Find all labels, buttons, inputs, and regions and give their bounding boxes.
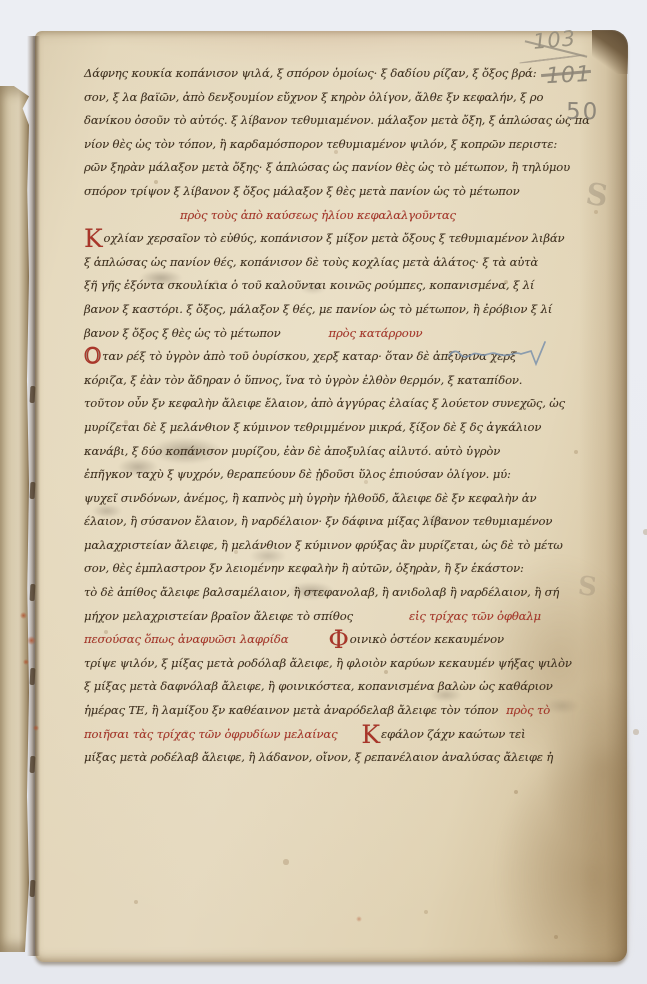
rubric-text: πρὸς κατάρρουν xyxy=(329,326,423,340)
body-text: ἐπῆγκον ταχὺ ξ ψυχρόν, θεραπεύουν δὲ ᾑδο… xyxy=(84,467,511,481)
text-line: νίον θὲς ὡς τὸν τόπον, ἢ καρδαμόσπορον τ… xyxy=(84,133,576,157)
body-text: βανον ξ ὄξος ξ θὲς ὡς τὸ μέτωπον xyxy=(84,326,281,340)
binding-stitch xyxy=(30,880,36,897)
body-text: μυρίζεται δὲ ξ μελάνθιον ξ κύμινον τεθρι… xyxy=(84,420,541,434)
rust-spot xyxy=(20,612,27,619)
text-line: μίξας μετὰ ροδέλαβ ἄλειφε, ἢ λάδανον, οἴ… xyxy=(84,746,576,770)
text-line: σπόρον τρίψον ξ λίβανον ξ ὄξος μάλαξον ξ… xyxy=(84,180,576,204)
rust-spot xyxy=(356,916,362,922)
show-through-mark: S xyxy=(576,571,598,603)
text-line: δανίκου ὀσοῦν τὸ αὐτός. ξ λίβανον τεθυμι… xyxy=(84,109,576,133)
rubric-text: πεσούσας ὅπως ἀναφυῶσι λαφρίδα xyxy=(84,632,288,646)
body-text: τρίψε ψιλόν, ξ μίξας μετὰ ροδόλαβ ἄλειφε… xyxy=(84,656,572,670)
binding-stitch xyxy=(30,668,36,685)
scan-background: Δάφνης κουκία κοπάνισον ψιλά, ξ σπόρον ὁ… xyxy=(0,0,647,984)
rubric-text: πρὸς τὸ xyxy=(506,703,550,717)
body-text: βανον ξ καστόρι. ξ ὄξος, μάλαξον ξ θές, … xyxy=(84,302,552,316)
body-text: ξ ἁπλώσας ὡς πανίον θές, κοπάνισον δὲ το… xyxy=(84,255,538,269)
text-line: ξῆ γῆς ἐξόντα σκουλίκια ὁ τοῦ καλοῦνται … xyxy=(84,274,576,298)
text-line: ποιῆσαι τὰς τρίχας τῶν ὀφρυδίων μελαίνας… xyxy=(84,723,576,747)
binding-stitch xyxy=(30,386,36,403)
body-text: ἡμέρας ΤΕ, ἢ λαμίξου ξν καθέαινον μετὰ ἀ… xyxy=(84,703,498,717)
body-text: ψυχεῖ σινδόνων, ἀνέμος, ἢ καπνὸς μὴ ὑγρὴ… xyxy=(84,491,536,505)
body-text: δανίκου ὀσοῦν τὸ αὐτός. ξ λίβανον τεθυμι… xyxy=(84,113,590,127)
body-text: ρῶν ξηρὰν μάλαξον μετὰ ὄξης· ξ ἁπλώσας ὡ… xyxy=(84,160,570,174)
drop-cap-initial: Ο xyxy=(84,344,101,368)
body-text: οινικὸ ὀστέον κεκαυμένον xyxy=(350,632,504,646)
text-line: κανάβι, ξ δύο κοπάνισον μυρίζου, ἐὰν δὲ … xyxy=(84,440,576,464)
body-text: σπόρον τρίψον ξ λίβανον ξ ὄξος μάλαξον ξ… xyxy=(84,184,520,198)
rubric-text: εἰς τρίχας τῶν ὀφθαλμ xyxy=(409,609,541,623)
text-block: Δάφνης κουκία κοπάνισον ψιλά, ξ σπόρον ὁ… xyxy=(84,62,576,770)
binding-stitch xyxy=(30,482,36,499)
text-line: σον, θὲς ἐμπλαστρον ξν λειομένην κεφαλὴν… xyxy=(84,557,576,581)
text-line: βανον ξ καστόρι. ξ ὄξος, μάλαξον ξ θές, … xyxy=(84,298,576,322)
text-line: σον, ξ λα βαϊῶν, ἀπὸ δενξουμίον εὔχνον ξ… xyxy=(84,86,576,110)
body-text: μίξας μετὰ ροδέλαβ ἄλειφε, ἢ λάδανον, οἴ… xyxy=(84,750,553,764)
text-line: ψυχεῖ σινδόνων, ἀνέμος, ἢ καπνὸς μὴ ὑγρὴ… xyxy=(84,487,576,511)
body-text: κόριζα, ξ ἐὰν τὸν ἄδηραν ὁ ὕπνος, ἵνα τὸ… xyxy=(84,373,522,387)
text-line: ξ ἁπλώσας ὡς πανίον θές, κοπάνισον δὲ το… xyxy=(84,251,576,275)
body-text: Δάφνης κουκία κοπάνισον ψιλά, ξ σπόρον ὁ… xyxy=(84,66,536,80)
body-text: μήχον μελαχριστείαν βραῖον ἄλειφε τὸ σπί… xyxy=(84,609,353,623)
rust-spot xyxy=(33,725,39,731)
body-text: μαλαχριστείαν ἄλειφε, ἢ μελάνθιον ξ κύμι… xyxy=(84,538,563,552)
foxing-speckles xyxy=(35,31,37,33)
body-text: τὸ δὲ ἀπίθος ἄλειφε βαλσαμέλαιον, ἢ στεφ… xyxy=(84,585,559,599)
body-text: σον, ξ λα βαϊῶν, ἀπὸ δενξουμίον εὔχνον ξ… xyxy=(84,90,543,104)
body-text: έλαιον, ἢ σύσανον ἔλαιον, ἢ ναρδέλαιον· … xyxy=(84,514,552,528)
text-line: ἐπῆγκον ταχὺ ξ ψυχρόν, θεραπεύουν δὲ ᾑδο… xyxy=(84,463,576,487)
text-line: τὸ δὲ ἀπίθος ἄλειφε βαλσαμέλαιον, ἢ στεφ… xyxy=(84,581,576,605)
text-line: Δάφνης κουκία κοπάνισον ψιλά, ξ σπόρον ὁ… xyxy=(84,62,576,86)
body-text: σον, θὲς ἐμπλαστρον ξν λειομένην κεφαλὴν… xyxy=(84,561,524,575)
rust-spot xyxy=(27,636,36,645)
folio-number-pencil: 50 xyxy=(566,99,600,126)
text-line: ἡμέρας ΤΕ, ἢ λαμίξου ξν καθέαινον μετὰ ἀ… xyxy=(84,699,576,723)
blue-pencil-checkmark xyxy=(447,339,567,369)
body-text: εφάλον ζάχν καώτων τεὶ xyxy=(381,727,525,741)
body-text: ξῆ γῆς ἐξόντα σκουλίκια ὁ τοῦ καλοῦνται … xyxy=(84,278,534,292)
text-line: μαλαχριστείαν ἄλειφε, ἢ μελάνθιον ξ κύμι… xyxy=(84,534,576,558)
binding-stitch xyxy=(30,584,36,601)
body-text: νίον θὲς ὡς τὸν τόπον, ἢ καρδαμόσπορον τ… xyxy=(84,137,557,151)
body-text: ξ μίξας μετὰ δαφνόλαβ ἄλειφε, ἢ φοινικόσ… xyxy=(84,679,553,693)
rust-spot xyxy=(23,659,29,665)
binding-stitch xyxy=(30,756,36,773)
text-line: μυρίζεται δὲ ξ μελάνθιον ξ κύμινον τεθρι… xyxy=(84,416,576,440)
drop-cap-initial: Φ xyxy=(328,625,348,654)
text-line: τοῦτον οὖν ξν κεφαλὴν ἄλειφε ἔλαιον, ἀπὸ… xyxy=(84,392,576,416)
text-line: ξ μίξας μετὰ δαφνόλαβ ἄλειφε, ἢ φοινικόσ… xyxy=(84,675,576,699)
top-right-corner-stain xyxy=(592,30,628,74)
text-line: ρῶν ξηρὰν μάλαξον μετὰ ὄξης· ξ ἁπλώσας ὡ… xyxy=(84,156,576,180)
body-text: τοῦτον οὖν ξν κεφαλὴν ἄλειφε ἔλαιον, ἀπὸ… xyxy=(84,396,565,410)
rubric-text: πρὸς τοὺς ἀπὸ καύσεως ἡλίου κεφαλαλγοῦντ… xyxy=(180,208,456,222)
text-line: έλαιον, ἢ σύσανον ἔλαιον, ἢ ναρδέλαιον· … xyxy=(84,510,576,534)
text-line: τρίψε ψιλόν, ξ μίξας μετὰ ροδόλαβ ἄλειφε… xyxy=(84,652,576,676)
text-line: Κοχλίαν χερσαῖον τὸ εὐθύς, κοπάνισον ξ μ… xyxy=(84,227,576,251)
body-text: κανάβι, ξ δύο κοπάνισον μυρίζου, ἐὰν δὲ … xyxy=(84,444,500,458)
text-line: πεσούσας ὅπως ἀναφυῶσι λαφρίδαΦοινικὸ ὀσ… xyxy=(84,628,576,652)
text-line: κόριζα, ξ ἐὰν τὸν ἄδηραν ὁ ὕπνος, ἵνα τὸ… xyxy=(84,369,576,393)
body-text: οχλίαν χερσαῖον τὸ εὐθύς, κοπάνισον ξ μί… xyxy=(104,231,565,245)
rubric-text: ποιῆσαι τὰς τρίχας τῶν ὀφρυδίων μελαίνας xyxy=(84,727,337,741)
drop-cap-initial: Κ xyxy=(84,224,103,253)
drop-cap-initial: Κ xyxy=(361,720,380,749)
rubric-heading: πρὸς τοὺς ἀπὸ καύσεως ἡλίου κεφαλαλγοῦντ… xyxy=(84,204,576,228)
conjugate-leaf-stub xyxy=(0,86,29,952)
